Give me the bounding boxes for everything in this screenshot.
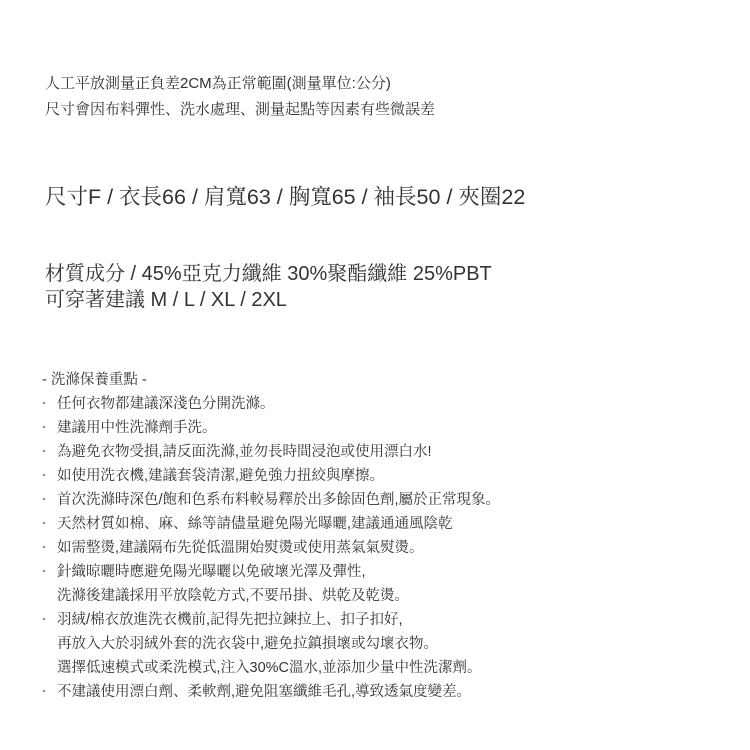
care-item: ‧ 為避免衣物受損,請反面洗滌,並勿長時間浸泡或使用漂白水! xyxy=(42,440,500,464)
care-item: ‧ 首次洗滌時深色/飽和色系布料較易釋於出多餘固色劑,屬於正常現象。 xyxy=(42,488,500,512)
care-item-text: 如需整燙,建議隔布先從低溫開始熨燙或使用蒸氣氣熨燙。 xyxy=(57,536,424,560)
measurement-note-line1: 人工平放測量正負差2CM為正常範圍(測量單位:公分) xyxy=(45,71,435,97)
care-item-text: 如使用洗衣機,建議套袋清潔,避免強力扭絞與摩擦。 xyxy=(57,464,384,488)
care-item-text: 首次洗滌時深色/飽和色系布料較易釋於出多餘固色劑,屬於正常現象。 xyxy=(57,488,500,512)
care-item-text: 建議用中性洗滌劑手洗。 xyxy=(57,416,217,440)
care-heading: - 洗滌保養重點 - xyxy=(42,368,500,392)
care-item-text: 洗滌後建議採用平放陰乾方式,不要吊掛、烘乾及乾燙。 xyxy=(57,584,409,608)
care-item: ‧ 如使用洗衣機,建議套袋清潔,避免強力扭絞與摩擦。 xyxy=(42,464,500,488)
bullet-dot-icon: ‧ xyxy=(42,560,57,584)
bullet-dot-icon: ‧ xyxy=(42,392,57,416)
bullet-dot-icon: ‧ xyxy=(42,512,57,536)
size-spec-line: 尺寸F / 衣長66 / 肩寬63 / 胸寬65 / 袖長50 / 夾圈22 xyxy=(45,184,525,210)
care-item-text: 針織晾曬時應避免陽光曝曬以免破壞光澤及彈性, xyxy=(57,560,366,584)
care-item-continuation: 再放入大於羽絨外套的洗衣袋中,避免拉鎮損壞或勾壞衣物。 xyxy=(42,632,500,656)
care-item-continuation: 洗滌後建議採用平放陰乾方式,不要吊掛、烘乾及乾燙。 xyxy=(42,584,500,608)
care-item: ‧ 建議用中性洗滌劑手洗。 xyxy=(42,416,500,440)
bullet-dot-icon: ‧ xyxy=(42,440,57,464)
measurement-note: 人工平放測量正負差2CM為正常範圍(測量單位:公分) 尺寸會因布料彈性、洗水處理… xyxy=(45,71,435,122)
material-info: 材質成分 / 45%亞克力纖維 30%聚酯纖維 25%PBT 可穿著建議 M /… xyxy=(45,261,492,313)
care-item-text: 羽絨/棉衣放進洗衣機前,記得先把拉鍊拉上、扣子扣好, xyxy=(57,608,403,632)
care-item: ‧ 羽絨/棉衣放進洗衣機前,記得先把拉鍊拉上、扣子扣好, xyxy=(42,608,500,632)
care-item: ‧ 不建議使用漂白劑、柔軟劑,避免阻塞纖維毛孔,導致透氣度變差。 xyxy=(42,680,500,704)
measurement-note-line2: 尺寸會因布料彈性、洗水處理、測量起點等因素有些微誤差 xyxy=(45,97,435,123)
bullet-dot-icon: ‧ xyxy=(42,464,57,488)
care-item: ‧ 天然材質如棉、麻、絲等請儘量避免陽光曝曬,建議通通風陰乾 xyxy=(42,512,500,536)
care-item-text: 天然材質如棉、麻、絲等請儘量避免陽光曝曬,建議通通風陰乾 xyxy=(57,512,453,536)
material-composition-line: 材質成分 / 45%亞克力纖維 30%聚酯纖維 25%PBT xyxy=(45,261,492,287)
care-item-continuation: 選擇低速模式或柔洗模式,注入30%C溫水,並添加少量中性洗潔劑。 xyxy=(42,656,500,680)
bullet-dot-icon: ‧ xyxy=(42,416,57,440)
care-item: ‧ 針織晾曬時應避免陽光曝曬以免破壞光澤及彈性, xyxy=(42,560,500,584)
bullet-dot-icon: ‧ xyxy=(42,608,57,632)
care-item: ‧ 如需整燙,建議隔布先從低溫開始熨燙或使用蒸氣氣熨燙。 xyxy=(42,536,500,560)
wear-suggestion-line: 可穿著建議 M / L / XL / 2XL xyxy=(45,287,492,313)
care-item-text: 選擇低速模式或柔洗模式,注入30%C溫水,並添加少量中性洗潔劑。 xyxy=(57,656,482,680)
bullet-dot-icon: ‧ xyxy=(42,680,57,704)
care-item-text: 不建議使用漂白劑、柔軟劑,避免阻塞纖維毛孔,導致透氣度變差。 xyxy=(57,680,471,704)
bullet-dot-icon: ‧ xyxy=(42,536,57,560)
care-item: ‧ 任何衣物都建議深淺色分開洗滌。 xyxy=(42,392,500,416)
care-item-text: 任何衣物都建議深淺色分開洗滌。 xyxy=(57,392,275,416)
product-description-page: 人工平放測量正負差2CM為正常範圍(測量單位:公分) 尺寸會因布料彈性、洗水處理… xyxy=(0,0,750,750)
bullet-dot-icon: ‧ xyxy=(42,488,57,512)
care-item-text: 為避免衣物受損,請反面洗滌,並勿長時間浸泡或使用漂白水! xyxy=(57,440,432,464)
care-item-text: 再放入大於羽絨外套的洗衣袋中,避免拉鎮損壞或勾壞衣物。 xyxy=(57,632,438,656)
care-section: - 洗滌保養重點 - ‧ 任何衣物都建議深淺色分開洗滌。 ‧ 建議用中性洗滌劑手… xyxy=(42,368,500,704)
